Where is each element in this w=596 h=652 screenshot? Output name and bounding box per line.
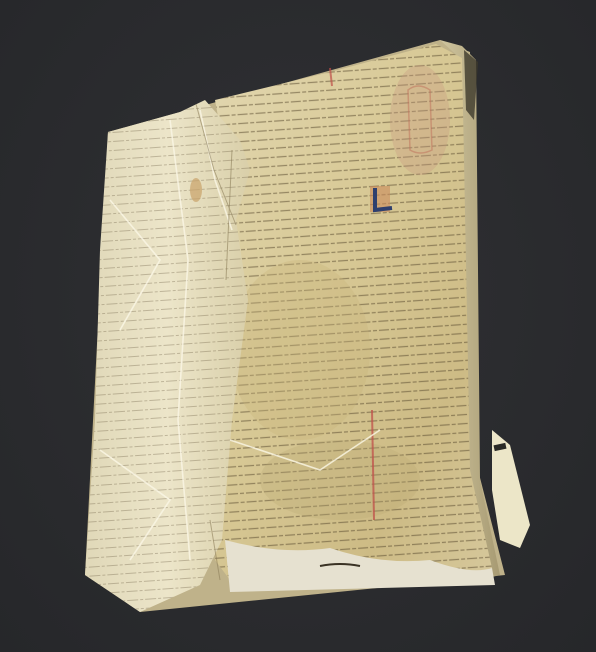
manuscript-book [0,0,596,652]
initial-letter-icon [370,186,392,212]
photo-scene: L [0,0,596,652]
